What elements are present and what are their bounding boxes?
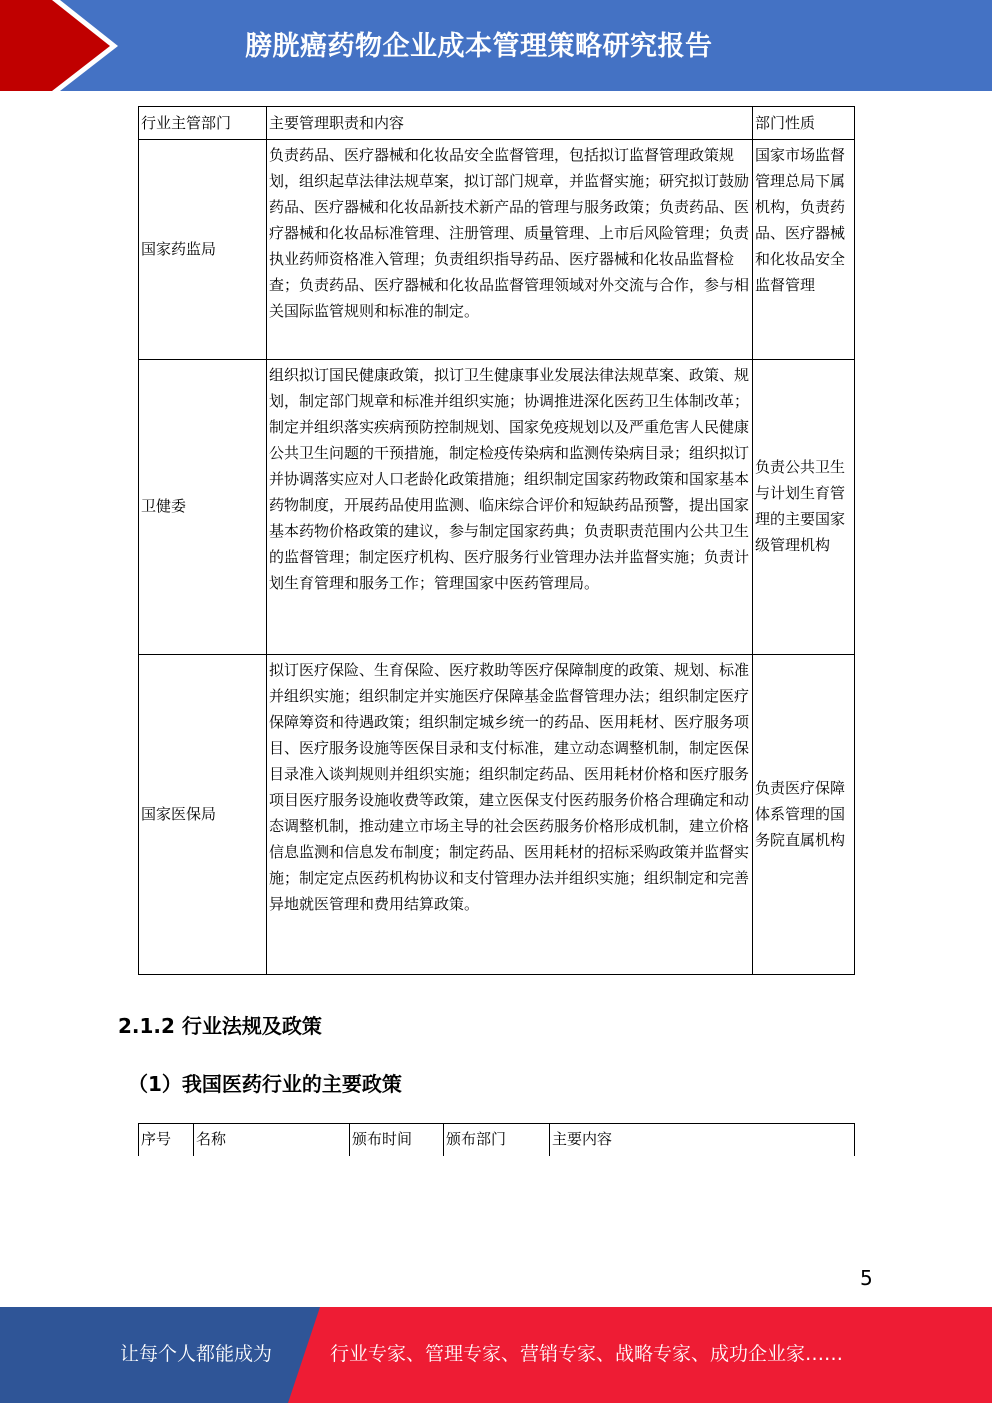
policy-table: 序号 名称 颁布时间 颁布部门 主要内容 [138, 1123, 855, 1156]
nature-cell: 负责医疗保障体系管理的国务院直属机构 [753, 655, 855, 975]
department-cell: 国家药监局 [139, 140, 267, 360]
department-table: 行业主管部门 主要管理职责和内容 部门性质 国家药监局 负责药品、医疗器械和化妆… [138, 106, 855, 975]
page-footer: 让每个人都能成为 行业专家、管理专家、营销专家、战略专家、成功企业家…… [0, 1307, 992, 1403]
table-header-row: 序号 名称 颁布时间 颁布部门 主要内容 [139, 1124, 855, 1157]
header-cell: 序号 [139, 1124, 194, 1157]
table-header-row: 行业主管部门 主要管理职责和内容 部门性质 [139, 107, 855, 140]
footer-slogan-left: 让每个人都能成为 [120, 1339, 272, 1366]
table-row: 国家医保局 拟订医疗保险、生育保险、医疗救助等医疗保障制度的政策、规划、标准并组… [139, 655, 855, 975]
header-cell: 主要管理职责和内容 [267, 107, 753, 140]
subsection-heading: （1）我国医药行业的主要政策 [128, 1068, 402, 1097]
nature-cell: 国家市场监督管理总局下属机构，负责药品、医疗器械和化妆品安全监督管理 [753, 140, 855, 360]
duties-cell: 负责药品、医疗器械和化妆品安全监督管理，包括拟订监督管理政策规划，组织起草法律法… [267, 140, 753, 360]
footer-slogan-right: 行业专家、管理专家、营销专家、战略专家、成功企业家…… [330, 1339, 843, 1366]
duties-cell: 组织拟订国民健康政策，拟订卫生健康事业发展法律法规草案、政策、规划，制定部门规章… [267, 360, 753, 655]
header-cell: 主要内容 [550, 1124, 855, 1157]
table-row: 国家药监局 负责药品、医疗器械和化妆品安全监督管理，包括拟订监督管理政策规划，组… [139, 140, 855, 360]
nature-cell: 负责公共卫生与计划生育管理的主要国家级管理机构 [753, 360, 855, 655]
report-title: 膀胱癌药物企业成本管理策略研究报告 [245, 24, 713, 63]
header-cell: 行业主管部门 [139, 107, 267, 140]
department-cell: 卫健委 [139, 360, 267, 655]
header-cell: 名称 [194, 1124, 350, 1157]
section-heading: 2.1.2 行业法规及政策 [118, 1010, 322, 1039]
table-row: 卫健委 组织拟订国民健康政策，拟订卫生健康事业发展法律法规草案、政策、规划，制定… [139, 360, 855, 655]
header-cell: 颁布时间 [350, 1124, 444, 1157]
red-arrow-decoration-icon [0, 0, 140, 91]
header-cell: 颁布部门 [444, 1124, 550, 1157]
page-number: 5 [860, 1266, 873, 1290]
duties-cell: 拟订医疗保险、生育保险、医疗救助等医疗保障制度的政策、规划、标准并组织实施；组织… [267, 655, 753, 975]
page-header: 膀胱癌药物企业成本管理策略研究报告 [0, 0, 992, 91]
header-cell: 部门性质 [753, 107, 855, 140]
department-cell: 国家医保局 [139, 655, 267, 975]
